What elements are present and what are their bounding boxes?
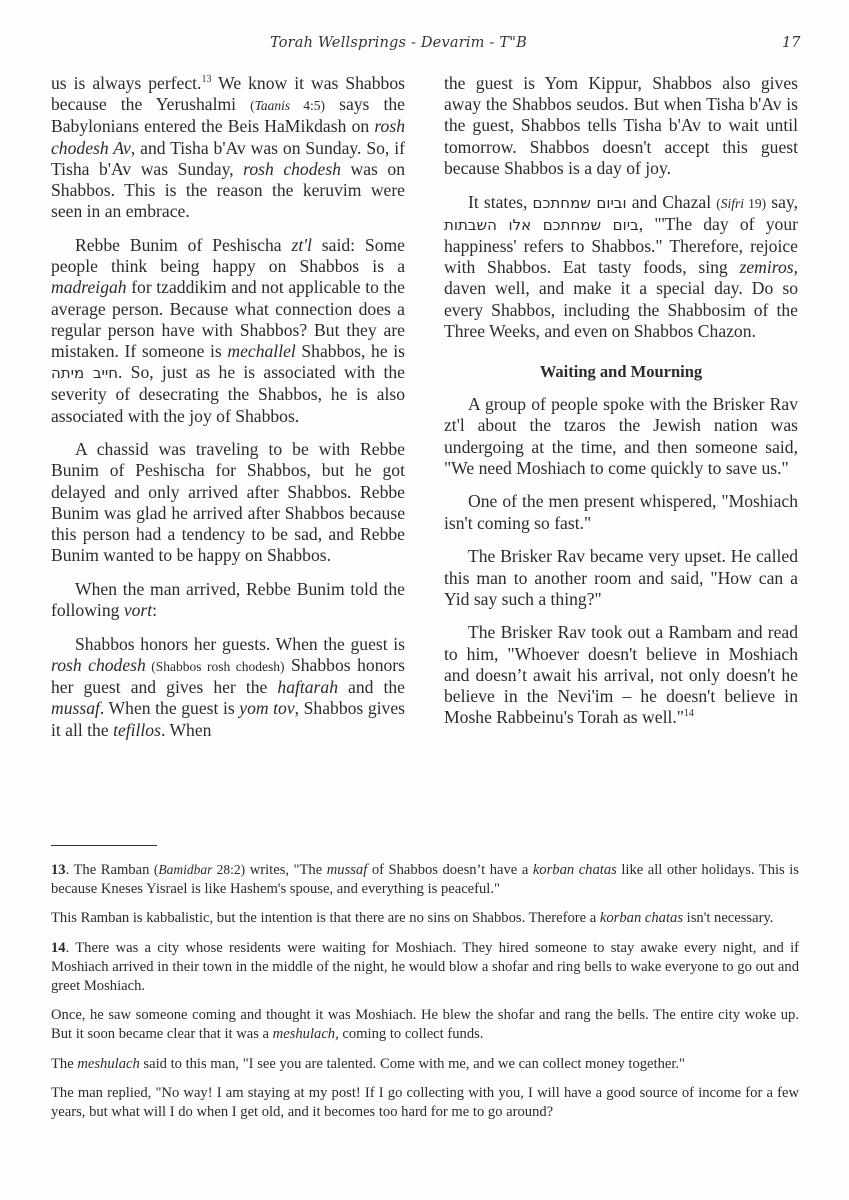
text-run: Rebbe Bunim of Peshischa <box>75 235 292 255</box>
paragraph: The Brisker Rav took out a Rambam and re… <box>444 622 798 728</box>
paragraph: us is always perfect.13 We know it was S… <box>51 73 405 222</box>
text-run: haftarah <box>277 677 338 697</box>
text-run: Taanis <box>255 98 291 113</box>
footnote-paragraph: The man replied, "No way! I am staying a… <box>51 1084 799 1122</box>
text-run: A group of people spoke with the Brisker… <box>444 394 798 478</box>
left-column: us is always perfect.13 We know it was S… <box>51 73 405 753</box>
text-run: 4:5) <box>290 98 325 113</box>
text-run: The man replied, "No way! I am staying a… <box>51 1085 799 1120</box>
paragraph: A chassid was traveling to be with Rebbe… <box>51 439 405 566</box>
footnote-number: 14 <box>51 940 66 956</box>
text-run: the guest is Yom Kippur, Shabbos also gi… <box>444 73 798 178</box>
paragraph: the guest is Yom Kippur, Shabbos also gi… <box>444 73 798 179</box>
text-run: (Shabbos rosh chodesh) <box>146 659 285 674</box>
text-run: zt'l <box>292 235 312 255</box>
text-run: 19) <box>744 196 766 211</box>
text-run: The Brisker Rav took out a Rambam and re… <box>444 622 798 727</box>
text-run: The Brisker Rav became very upset. He ca… <box>444 546 798 608</box>
text-run: A chassid was traveling to be with Rebbe… <box>51 439 405 565</box>
text-run: . When <box>161 720 212 740</box>
text-run: said to this man, "I see you are talente… <box>140 1056 685 1072</box>
text-run: Waiting and Mourning <box>540 362 702 381</box>
text-run: The <box>51 1056 77 1072</box>
text-run: Shabbos honors her guests. When the gues… <box>75 634 405 654</box>
text-run: Sifri <box>721 196 744 211</box>
text-run: Bamidbar <box>158 862 212 877</box>
paragraph: It states, וביום שמחתכם and Chazal (Sifr… <box>444 192 798 342</box>
text-run: say, <box>766 192 798 212</box>
text-run: meshulach <box>77 1056 139 1072</box>
text-run: vort <box>124 600 152 620</box>
text-run: writes, "The <box>245 862 327 878</box>
hebrew-text: חייב מיתה <box>51 364 118 382</box>
paragraph: One of the men present whispered, "Moshi… <box>444 491 798 533</box>
section-heading: Waiting and Mourning <box>444 361 798 382</box>
paragraph: A group of people spoke with the Brisker… <box>444 394 798 479</box>
footnotes: 13. The Ramban (Bamidbar 28:2) writes, "… <box>51 860 799 1132</box>
paragraph: Rebbe Bunim of Peshischa zt'l said: Some… <box>51 235 405 427</box>
footnote-number: 13 <box>51 862 66 878</box>
paragraph: When the man arrived, Rebbe Bunim told t… <box>51 579 405 621</box>
text-run: . When the guest is <box>100 698 239 718</box>
text-run: . The Ramban <box>66 862 154 878</box>
running-title: Torah Wellsprings - Devarim - T"B <box>270 35 527 51</box>
text-run: coming to collect funds. <box>339 1026 484 1042</box>
text-run: of Shabbos doesn’t have a <box>367 862 533 878</box>
footnote-marker: 14 <box>684 708 694 719</box>
text-run: korban chatas <box>600 910 683 926</box>
footnote-paragraph: This Ramban is kabbalistic, but the inte… <box>51 909 799 928</box>
text-run: korban chatas <box>533 862 617 878</box>
footnote-paragraph: 13. The Ramban (Bamidbar 28:2) writes, "… <box>51 860 799 899</box>
page-number: 17 <box>782 35 800 51</box>
text-run: It states, <box>468 192 533 212</box>
text-run: . There was a city whose residents were … <box>51 940 799 994</box>
text-run: mechallel <box>227 341 295 361</box>
footnote-divider <box>51 845 157 846</box>
right-column: the guest is Yom Kippur, Shabbos also gi… <box>444 73 798 741</box>
text-run: 28:2) <box>212 862 245 877</box>
text-run: Shabbos, he is <box>296 341 405 361</box>
text-run: When the man arrived, Rebbe Bunim told t… <box>51 579 405 620</box>
footnote-paragraph: 14. There was a city whose residents wer… <box>51 939 799 997</box>
footnote-paragraph: The meshulach said to this man, "I see y… <box>51 1055 799 1074</box>
paragraph: Shabbos honors her guests. When the gues… <box>51 634 405 741</box>
text-run: : <box>152 600 157 620</box>
text-run: zemiros <box>740 257 794 277</box>
text-run: us is always perfect. <box>51 73 201 93</box>
paragraph: The Brisker Rav became very upset. He ca… <box>444 546 798 610</box>
text-run: and the <box>338 677 405 697</box>
book-page: Torah Wellsprings - Devarim - T"B 17 us … <box>0 0 849 1200</box>
footnote-marker: 13 <box>201 74 211 85</box>
text-run: This Ramban is kabbalistic, but the inte… <box>51 910 600 926</box>
footnote-paragraph: Once, he saw someone coming and thought … <box>51 1006 799 1044</box>
text-run: mussaf <box>51 698 100 718</box>
text-run: One of the men present whispered, "Moshi… <box>444 491 798 532</box>
hebrew-text: וביום שמחתכם <box>533 194 627 212</box>
text-run: meshulach, <box>273 1026 339 1042</box>
text-run: rosh chodesh <box>243 159 341 179</box>
running-head: Torah Wellsprings - Devarim - T"B 17 <box>0 33 849 57</box>
hebrew-text: ביום שמחתכם אלו השבתות <box>444 216 639 234</box>
text-run: yom tov <box>239 698 294 718</box>
text-run: madreigah <box>51 277 127 297</box>
text-run: isn't necessary. <box>683 910 773 926</box>
text-run: and Chazal <box>627 192 717 212</box>
text-run: mussaf <box>327 862 368 878</box>
text-run: rosh chodesh <box>51 655 146 675</box>
text-run: tefillos <box>113 720 161 740</box>
